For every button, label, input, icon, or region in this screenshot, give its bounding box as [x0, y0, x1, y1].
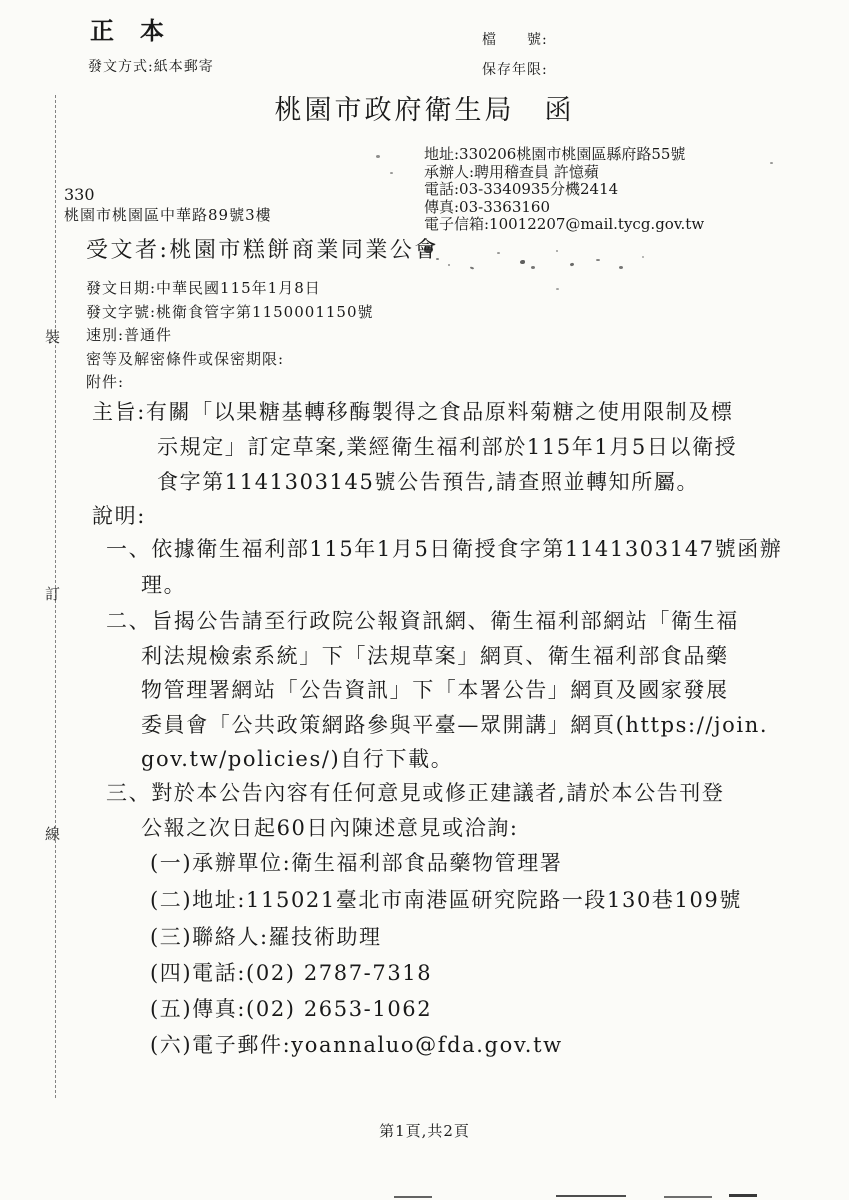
explanation-label: 說明: — [92, 506, 146, 527]
scan-artifact — [556, 250, 558, 252]
copy-type-label: 正 本 — [90, 19, 165, 43]
scan-artifact — [497, 252, 500, 254]
retention-period-label: 保存年限: — [482, 63, 548, 77]
scan-artifact — [619, 266, 623, 269]
scan-artifact — [436, 258, 439, 260]
agency-contact-person: 承辦人:聘用稽查員 許憶蘋 — [424, 164, 704, 182]
binding-mark-xian: 線 — [45, 823, 60, 844]
recipient-mailing-address: 桃園市桃園區中華路89號3樓 — [64, 208, 272, 223]
contact-subitem-phone: (四)電話:(02) 2787-7318 — [150, 963, 432, 984]
explanation-item-2-line: 物管理署網站「公告資訊」下「本署公告」網頁及國家發展 — [141, 680, 729, 701]
page-number-footer: 第1頁,共2頁 — [0, 1124, 849, 1139]
contact-subitem-unit: (一)承辦單位:衛生福利部食品藥物管理署 — [150, 853, 562, 874]
issue-number: 發文字號:桃衛食管字第1150001150號 — [86, 301, 374, 325]
explanation-item-2-line: 委員會「公共政策網路參與平臺—眾開講」網頁(https://join. — [141, 715, 768, 736]
agency-contact-block: 地址:330206桃園市桃園區縣府路55號 承辦人:聘用稽查員 許憶蘋 電話:0… — [424, 146, 704, 234]
explanation-item-3-line: 公報之次日起60日內陳述意見或洽詢: — [141, 818, 519, 839]
document-meta-block: 發文日期:中華民國115年1月8日 發文字號:桃衛食管字第1150001150號… — [86, 277, 374, 395]
contact-subitem-address: (二)地址:115021臺北市南港區研究院路一段130巷109號 — [150, 890, 742, 911]
agency-phone: 電話:03-3340935分機2414 — [424, 181, 704, 199]
scan-artifact-line — [729, 1194, 757, 1197]
subject-line: 食字第1141303145號公告預告,請查照並轉知所屬。 — [157, 472, 699, 493]
agency-email: 電子信箱:10012207@mail.tycg.gov.tw — [424, 216, 704, 234]
scan-artifact — [596, 259, 600, 261]
scan-artifact — [424, 246, 433, 253]
scan-artifact — [642, 256, 644, 258]
priority-level: 速別:普通件 — [86, 324, 374, 348]
agency-address: 地址:330206桃園市桃園區縣府路55號 — [424, 146, 704, 164]
scan-artifact — [531, 266, 535, 269]
issue-date: 發文日期:中華民國115年1月8日 — [86, 277, 374, 301]
explanation-item-2-line: 二、旨揭公告請至行政院公報資訊網、衛生福利部網站「衛生福 — [106, 611, 739, 632]
scanned-letter-page: 裝 訂 線 正 本 發文方式:紙本郵寄 檔 號: 保存年限: 桃園市政府衛生局 … — [0, 0, 849, 1200]
scan-artifact — [556, 288, 559, 290]
security-classification: 密等及解密條件或保密期限: — [86, 348, 374, 372]
agency-fax: 傳真:03-3363160 — [424, 199, 704, 217]
scan-artifact — [448, 264, 450, 266]
binding-mark-zhuang: 裝 — [45, 326, 60, 347]
contact-subitem-fax: (五)傳真:(02) 2653-1062 — [150, 999, 432, 1020]
scan-artifact-line — [556, 1195, 626, 1197]
file-number-label: 檔 號: — [482, 33, 548, 47]
explanation-item-2-line: 利法規檢索系統」下「法規草案」網頁、衛生福利部食品藥 — [141, 646, 729, 667]
scan-artifact — [770, 162, 773, 164]
subject-line: 主旨:有關「以果糖基轉移酶製得之食品原料菊糖之使用限制及標 — [92, 402, 733, 423]
explanation-item-2-line: gov.tw/policies/)自行下載。 — [141, 749, 453, 770]
subject-line: 示規定」訂定草案,業經衛生福利部於115年1月5日以衛授 — [157, 437, 737, 458]
scan-artifact — [390, 172, 393, 174]
explanation-item-1-line: 理。 — [141, 575, 186, 596]
scan-artifact-line — [394, 1196, 432, 1198]
document-title: 桃園市政府衛生局 函 — [0, 97, 849, 124]
dispatch-method-label: 發文方式:紙本郵寄 — [88, 60, 214, 74]
explanation-item-3-line: 三、對於本公告內容有任何意見或修正建議者,請於本公告刊登 — [106, 783, 724, 804]
contact-subitem-email: (六)電子郵件:yoannaluo@fda.gov.tw — [150, 1035, 563, 1056]
contact-subitem-person: (三)聯絡人:羅技術助理 — [150, 927, 382, 948]
scan-artifact — [570, 263, 575, 267]
attachment-label: 附件: — [86, 371, 374, 395]
recipient-name-line: 受文者:桃園市糕餅商業同業公會 — [86, 240, 439, 262]
scan-artifact — [376, 155, 380, 158]
explanation-item-1-line: 一、依據衛生福利部115年1月5日衛授食字第1141303147號函辦 — [106, 539, 782, 560]
scan-artifact-line — [664, 1196, 712, 1198]
scan-artifact — [470, 266, 474, 269]
recipient-postal-code: 330 — [64, 187, 95, 203]
binding-mark-ding: 訂 — [45, 583, 60, 604]
scan-artifact — [520, 260, 525, 264]
